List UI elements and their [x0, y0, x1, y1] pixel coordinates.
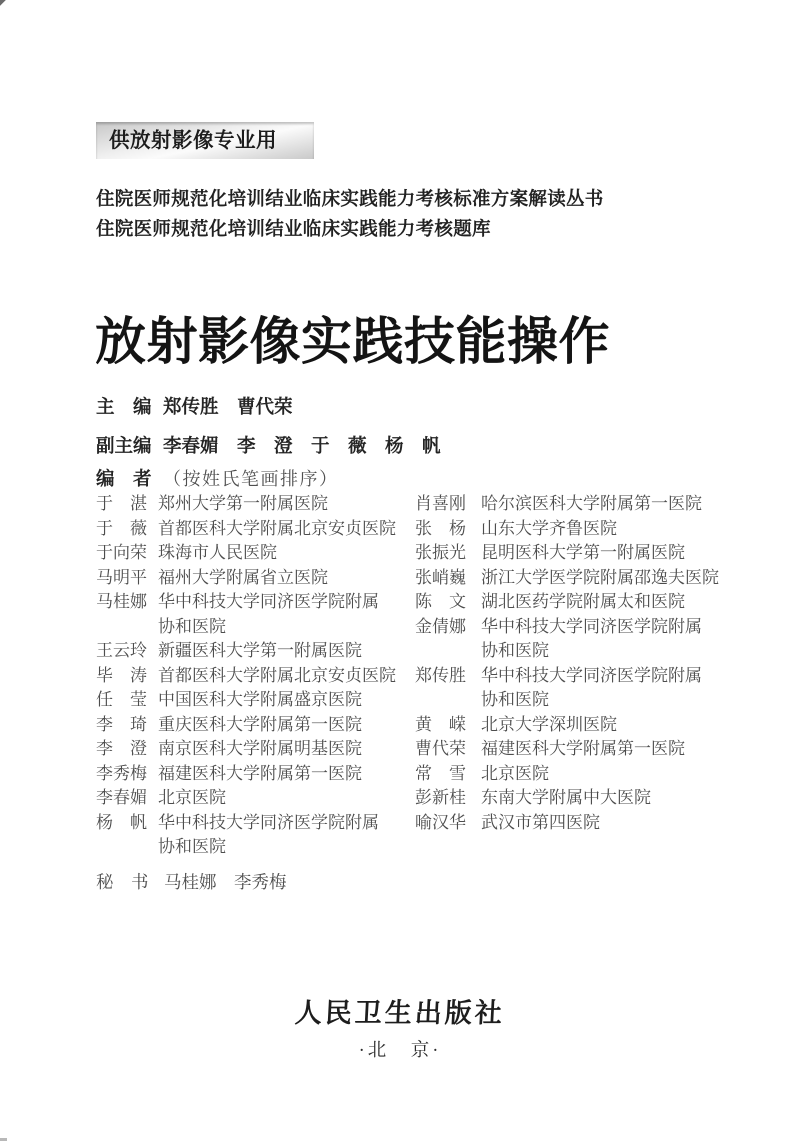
contributor-affiliation: 华中科技大学同济医学院附属协和医院 [481, 615, 702, 664]
contributor-affiliation: 华中科技大学同济医学院附属协和医院 [481, 664, 702, 713]
audience-badge: 供放射影像专业用 [96, 122, 314, 159]
contributor-affiliation: 郑州大学第一附属医院 [158, 492, 328, 517]
editors-label: 编 者 [96, 465, 152, 491]
contributor-row: 马桂娜华中科技大学同济医学院附属协和医院 [96, 590, 408, 639]
contributor-row: 任 莹中国医科大学附属盛京医院 [96, 688, 408, 713]
contributor-name: 常 雪 [415, 762, 481, 787]
contributor-affiliation: 南京医科大学附属明基医院 [158, 737, 362, 762]
contributor-affiliation: 北京医院 [158, 786, 226, 811]
chief-editor-names: 郑传胜 曹代荣 [163, 393, 293, 419]
contributor-affiliation: 福州大学附属省立医院 [158, 566, 328, 591]
contributor-row: 李 琦重庆医科大学附属第一医院 [96, 713, 408, 738]
publisher-city: ·北 京· [0, 1036, 800, 1062]
publisher-logotype: 人民卫生出版社 [0, 991, 800, 1030]
series-title-line-2: 住院医师规范化培训结业临床实践能力考核题库 [96, 214, 604, 244]
series-title-line-1: 住院医师规范化培训结业临床实践能力考核标准方案解读丛书 [96, 184, 604, 214]
contributor-row: 黄 嵘北京大学深圳医院 [415, 713, 727, 738]
contributors-column-left: 于 湛郑州大学第一附属医院于 薇首都医科大学附属北京安贞医院于向荣珠海市人民医院… [96, 492, 408, 860]
book-title-page: 供放射影像专业用 住院医师规范化培训结业临床实践能力考核标准方案解读丛书 住院医… [0, 0, 800, 1146]
contributor-affiliation: 福建医科大学附属第一医院 [481, 737, 685, 762]
contributor-row: 毕 涛首都医科大学附属北京安贞医院 [96, 664, 408, 689]
contributor-row: 李 澄南京医科大学附属明基医院 [96, 737, 408, 762]
contributor-affiliation: 昆明医科大学第一附属医院 [481, 541, 685, 566]
contributor-name: 任 莹 [96, 688, 158, 713]
contributor-name: 张 杨 [415, 517, 481, 542]
contributor-name: 李秀梅 [96, 762, 158, 787]
contributor-name: 黄 嵘 [415, 713, 481, 738]
audience-badge-label: 供放射影像专业用 [96, 122, 314, 160]
contributor-affiliation: 浙江大学医学院附属邵逸夫医院 [481, 566, 719, 591]
contributor-name: 于向荣 [96, 541, 158, 566]
contributor-row: 彭新桂东南大学附属中大医院 [415, 786, 727, 811]
contributor-name: 杨 帆 [96, 811, 158, 836]
contributor-row: 张峭巍浙江大学医学院附属邵逸夫医院 [415, 566, 727, 591]
contributor-row: 于 湛郑州大学第一附属医院 [96, 492, 408, 517]
secretary-names: 马桂娜 李秀梅 [164, 869, 287, 894]
contributor-row: 郑传胜华中科技大学同济医学院附属协和医院 [415, 664, 727, 713]
contributor-row: 肖喜刚哈尔滨医科大学附属第一医院 [415, 492, 727, 517]
contributor-name: 陈 文 [415, 590, 481, 615]
scan-artifact-bottom-left [0, 1138, 7, 1141]
secretary-row: 秘 书 马桂娜 李秀梅 [96, 869, 287, 894]
contributor-name: 马明平 [96, 566, 158, 591]
contributor-row: 常 雪北京医院 [415, 762, 727, 787]
contributor-affiliation: 福建医科大学附属第一医院 [158, 762, 362, 787]
contributor-row: 张振光昆明医科大学第一附属医院 [415, 541, 727, 566]
secretary-label: 秘 书 [96, 869, 153, 894]
contributor-name: 金倩娜 [415, 615, 481, 640]
contributor-row: 王云玲新疆医科大学第一附属医院 [96, 639, 408, 664]
contributor-name: 于 薇 [96, 517, 158, 542]
contributor-row: 陈 文湖北医药学院附属太和医院 [415, 590, 727, 615]
contributor-name: 李 澄 [96, 737, 158, 762]
contributor-row: 于 薇首都医科大学附属北京安贞医院 [96, 517, 408, 542]
contributors-column-right: 肖喜刚哈尔滨医科大学附属第一医院张 杨山东大学齐鲁医院张振光昆明医科大学第一附属… [415, 492, 727, 835]
contributor-row: 张 杨山东大学齐鲁医院 [415, 517, 727, 542]
contributor-row: 曹代荣福建医科大学附属第一医院 [415, 737, 727, 762]
scan-artifact-top-left [0, 0, 9, 10]
book-title: 放射影像实践技能操作 [95, 300, 610, 374]
contributor-row: 金倩娜华中科技大学同济医学院附属协和医院 [415, 615, 727, 664]
deputy-editor-row: 副主编 李春媚 李 澄 于 薇 杨 帆 [96, 432, 441, 458]
contributor-affiliation: 北京大学深圳医院 [481, 713, 617, 738]
contributor-row: 李春媚北京医院 [96, 786, 408, 811]
contributor-affiliation: 华中科技大学同济医学院附属协和医院 [158, 590, 379, 639]
contributor-affiliation: 湖北医药学院附属太和医院 [481, 590, 685, 615]
editors-sort-note: （按姓氏笔画排序） [163, 465, 339, 491]
contributor-name: 喻汉华 [415, 811, 481, 836]
series-titles: 住院医师规范化培训结业临床实践能力考核标准方案解读丛书 住院医师规范化培训结业临… [96, 184, 604, 244]
contributor-name: 张峭巍 [415, 566, 481, 591]
contributor-name: 肖喜刚 [415, 492, 481, 517]
contributor-affiliation: 新疆医科大学第一附属医院 [158, 639, 362, 664]
contributor-affiliation: 东南大学附属中大医院 [481, 786, 651, 811]
chief-editor-row: 主 编 郑传胜 曹代荣 [96, 393, 293, 419]
contributor-row: 杨 帆华中科技大学同济医学院附属协和医院 [96, 811, 408, 860]
contributor-affiliation: 武汉市第四医院 [481, 811, 600, 836]
deputy-editor-names: 李春媚 李 澄 于 薇 杨 帆 [163, 432, 441, 458]
contributor-row: 于向荣珠海市人民医院 [96, 541, 408, 566]
contributor-name: 李春媚 [96, 786, 158, 811]
contributor-affiliation: 首都医科大学附属北京安贞医院 [158, 664, 396, 689]
contributor-affiliation: 重庆医科大学附属第一医院 [158, 713, 362, 738]
contributor-affiliation: 华中科技大学同济医学院附属协和医院 [158, 811, 379, 860]
contributor-affiliation: 珠海市人民医院 [158, 541, 277, 566]
contributor-name: 李 琦 [96, 713, 158, 738]
contributor-name: 曹代荣 [415, 737, 481, 762]
contributor-row: 马明平福州大学附属省立医院 [96, 566, 408, 591]
contributor-name: 彭新桂 [415, 786, 481, 811]
contributor-affiliation: 哈尔滨医科大学附属第一医院 [481, 492, 702, 517]
contributor-affiliation: 中国医科大学附属盛京医院 [158, 688, 362, 713]
contributor-name: 郑传胜 [415, 664, 481, 689]
chief-editor-label: 主 编 [96, 393, 152, 419]
contributor-row: 喻汉华武汉市第四医院 [415, 811, 727, 836]
contributor-name: 王云玲 [96, 639, 158, 664]
contributor-affiliation: 山东大学齐鲁医院 [481, 517, 617, 542]
contributor-name: 毕 涛 [96, 664, 158, 689]
contributor-name: 张振光 [415, 541, 481, 566]
editors-row: 编 者 （按姓氏笔画排序） [96, 465, 339, 491]
contributor-affiliation: 北京医院 [481, 762, 549, 787]
contributor-name: 马桂娜 [96, 590, 158, 615]
contributor-row: 李秀梅福建医科大学附属第一医院 [96, 762, 408, 787]
contributor-name: 于 湛 [96, 492, 158, 517]
deputy-editor-label: 副主编 [96, 432, 152, 458]
contributor-affiliation: 首都医科大学附属北京安贞医院 [158, 517, 396, 542]
